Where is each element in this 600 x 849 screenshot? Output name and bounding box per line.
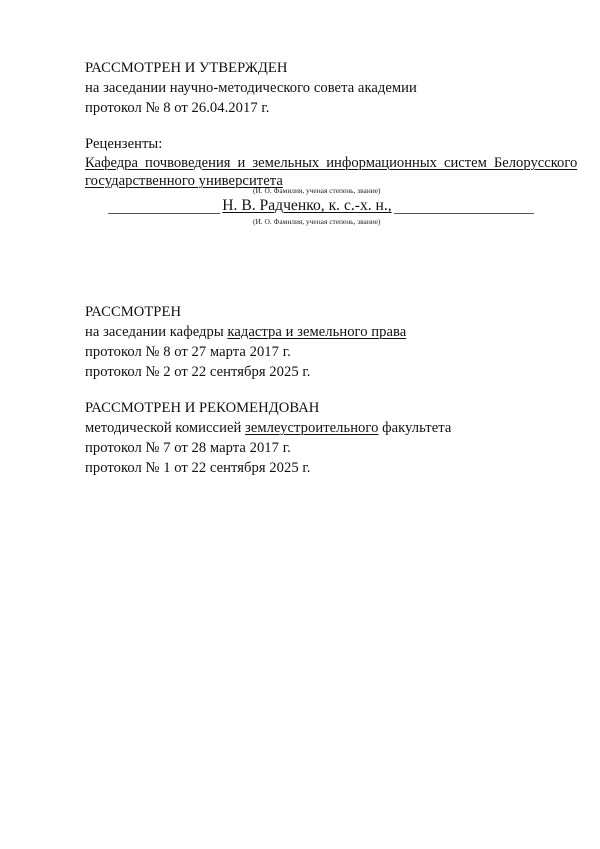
approval-protocol-line: протокол № 8 от 26.04.2017 г.: [85, 98, 269, 118]
document-page: РАССМОТРЕН И УТВЕРЖДЕН на заседании науч…: [0, 0, 600, 849]
department-review-prefix: на заседании кафедры: [85, 324, 227, 340]
reviewer-organization-line1: Кафедра почвоведения и земельных информа…: [85, 153, 558, 173]
department-review-line: на заседании кафедры кадастра и земельно…: [85, 322, 406, 342]
department-protocol-1: протокол № 8 от 27 марта 2017 г.: [85, 342, 291, 362]
reviewer-caption-1: (И. О. Фамилия, ученая степень, звание): [253, 186, 380, 195]
commission-review-title: РАССМОТРЕН И РЕКОМЕНДОВАН: [85, 398, 319, 418]
reviewer-person-name: Н. В. Радченко, к. с.-х. н.,: [220, 197, 393, 214]
approval-council-line: на заседании научно-методического совета…: [85, 78, 417, 98]
commission-review-suffix: факультета: [378, 420, 451, 436]
commission-review-prefix: методической комиссией: [85, 420, 245, 436]
department-protocol-2: протокол № 2 от 22 сентября 2025 г.: [85, 362, 310, 382]
reviewer-person-line: Н. В. Радченко, к. с.-х. н.,: [0, 197, 600, 215]
commission-protocol-2: протокол № 1 от 22 сентября 2025 г.: [85, 458, 310, 478]
commission-review-line: методической комиссией землеустроительно…: [85, 418, 451, 438]
department-review-title: РАССМОТРЕН: [85, 302, 181, 322]
reviewers-label: Рецензенты:: [85, 134, 162, 154]
commission-protocol-1: протокол № 7 от 28 марта 2017 г.: [85, 438, 291, 458]
reviewer-organization-text1: Кафедра почвоведения и земельных информа…: [85, 155, 577, 171]
faculty-name: землеустроительного: [245, 420, 378, 436]
approval-title: РАССМОТРЕН И УТВЕРЖДЕН: [85, 58, 287, 78]
department-name: кадастра и земельного права: [227, 324, 406, 340]
reviewer-caption-2: (И. О. Фамилия, ученая степень, звание): [253, 217, 380, 226]
